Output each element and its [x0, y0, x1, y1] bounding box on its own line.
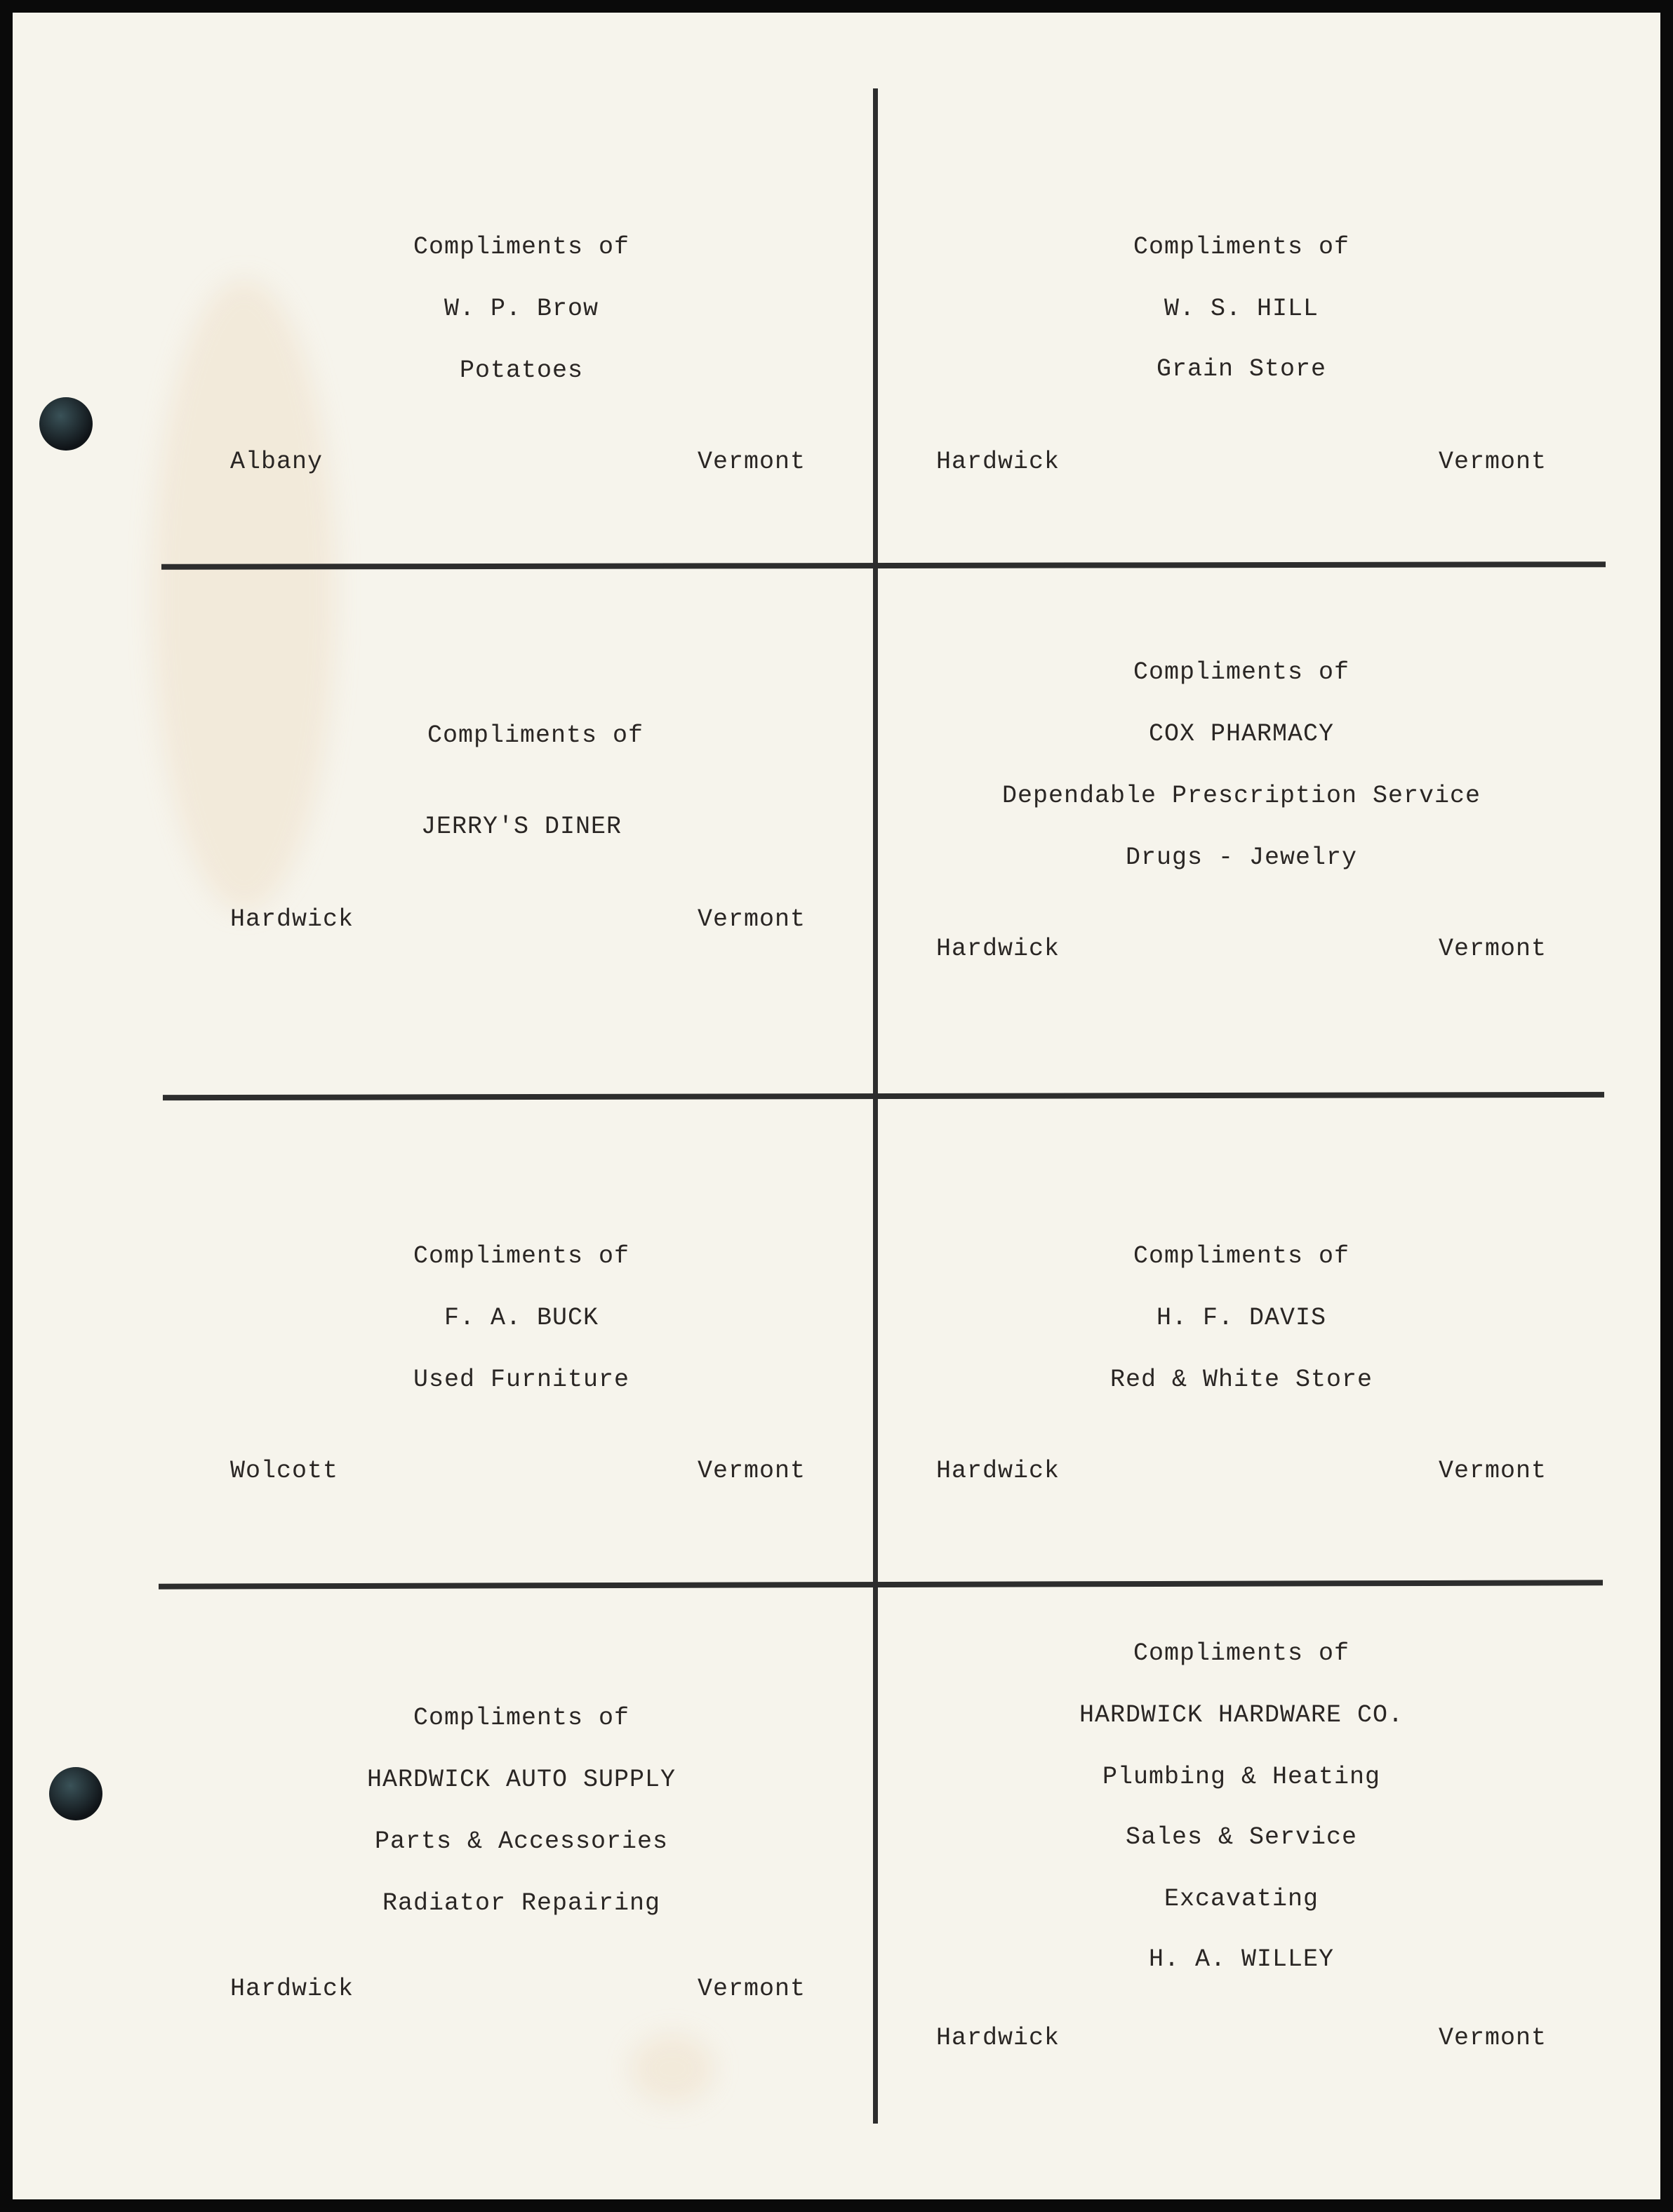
ad-cox-pharmacy: Compliments of COX PHARMACY Dependable P…: [936, 658, 1547, 995]
horizontal-divider-1: [161, 561, 1606, 570]
vertical-divider: [873, 88, 878, 2124]
ad-jerrys-diner: Compliments of JERRY'S DINER Hardwick Ve…: [230, 721, 813, 974]
ad-line: Drugs - Jewelry: [936, 844, 1547, 872]
ad-town: Hardwick: [230, 905, 354, 933]
ad-line: Grain Store: [936, 355, 1547, 383]
ad-w-p-brow: Compliments of W. P. Brow Potatoes Alban…: [230, 223, 813, 504]
ad-business-name: W. S. HILL: [936, 295, 1547, 323]
ad-line: Used Furniture: [230, 1366, 813, 1394]
ad-state: Vermont: [1439, 1457, 1547, 1485]
ad-state: Vermont: [1439, 935, 1547, 963]
ad-owner-name: H. A. WILLEY: [936, 1945, 1547, 1973]
ad-line: Sales & Service: [936, 1823, 1547, 1851]
ad-business-name: COX PHARMACY: [936, 720, 1547, 748]
ad-business-name: H. F. DAVIS: [936, 1304, 1547, 1332]
ad-line: Plumbing & Heating: [936, 1763, 1547, 1791]
horizontal-divider-3: [159, 1580, 1603, 1589]
ad-line: Compliments of: [230, 233, 813, 261]
ad-line: Radiator Repairing: [230, 1889, 813, 1917]
ad-state: Vermont: [698, 1975, 806, 2003]
ad-state: Vermont: [698, 1457, 806, 1485]
ad-line: Potatoes: [230, 357, 813, 385]
ad-line: Excavating: [936, 1885, 1547, 1913]
ad-line: Red & White Store: [936, 1366, 1547, 1394]
ad-business-name: W. P. Brow: [230, 295, 813, 323]
ad-state: Vermont: [1439, 2024, 1547, 2052]
ad-business-name: HARDWICK AUTO SUPPLY: [230, 1766, 813, 1794]
horizontal-divider-2: [163, 1092, 1604, 1100]
ad-state: Vermont: [698, 905, 806, 933]
ad-business-name: JERRY'S DINER: [230, 813, 813, 841]
ad-line: Dependable Prescription Service: [936, 782, 1547, 810]
ad-hardwick-auto-supply: Compliments of HARDWICK AUTO SUPPLY Part…: [230, 1704, 813, 2041]
ad-town: Hardwick: [936, 2024, 1060, 2052]
ad-w-s-hill: Compliments of W. S. HILL Grain Store Ha…: [936, 223, 1547, 504]
paper-stain: [630, 2034, 714, 2104]
ad-town: Wolcott: [230, 1457, 338, 1485]
ad-state: Vermont: [1439, 448, 1547, 476]
ad-town: Albany: [230, 448, 323, 476]
ad-line: Compliments of: [936, 233, 1547, 261]
ad-f-a-buck: Compliments of F. A. BUCK Used Furniture…: [230, 1242, 813, 1523]
ad-line: Compliments of: [936, 658, 1547, 686]
ad-town: Hardwick: [936, 935, 1060, 963]
ad-town: Hardwick: [230, 1975, 354, 2003]
ad-business-name: HARDWICK HARDWARE CO.: [936, 1701, 1547, 1729]
ad-line: Compliments of: [936, 1242, 1547, 1270]
ad-state: Vermont: [698, 448, 806, 476]
ad-business-name: F. A. BUCK: [230, 1304, 813, 1332]
ad-line: Compliments of: [230, 1704, 813, 1732]
ad-line: Compliments of: [230, 1242, 813, 1270]
ad-h-f-davis: Compliments of H. F. DAVIS Red & White S…: [936, 1242, 1547, 1523]
ad-town: Hardwick: [936, 448, 1060, 476]
punch-hole-bottom: [49, 1767, 102, 1820]
punch-hole-top: [39, 397, 93, 451]
ad-town: Hardwick: [936, 1457, 1060, 1485]
ad-hardwick-hardware-co: Compliments of HARDWICK HARDWARE CO. Plu…: [936, 1639, 1547, 2088]
document-page: Compliments of W. P. Brow Potatoes Alban…: [13, 13, 1660, 2199]
ad-line: Parts & Accessories: [230, 1827, 813, 1855]
ad-line: Compliments of: [230, 721, 813, 749]
ad-line: Compliments of: [936, 1639, 1547, 1667]
